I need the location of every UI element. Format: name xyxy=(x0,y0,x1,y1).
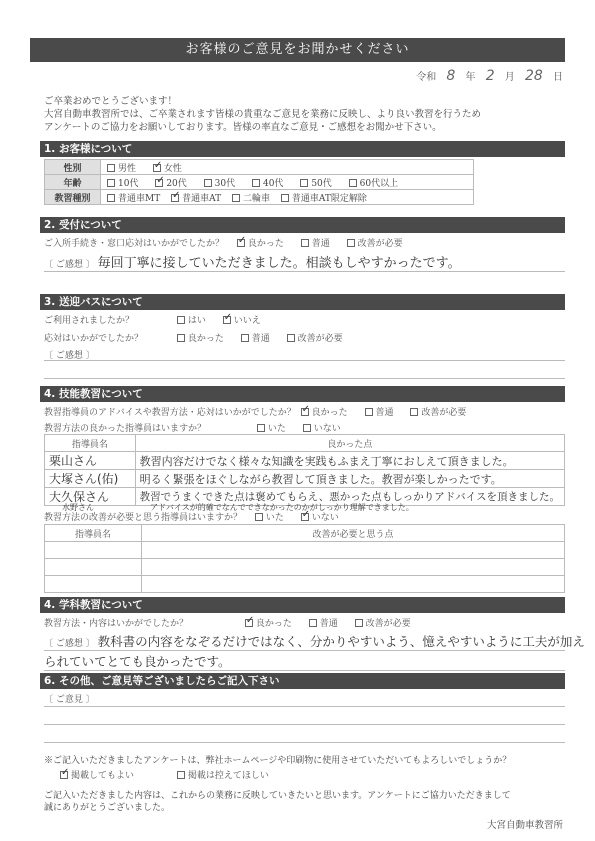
section-4-header: 4. 技能教習について xyxy=(40,386,565,402)
course-type-label: 教習種別 xyxy=(45,190,101,205)
option-label: はい xyxy=(188,316,206,326)
instructor-name[interactable] xyxy=(45,542,142,559)
option-needs-improvement[interactable]: 改善が必要 xyxy=(410,405,466,418)
question-text: 応対はいかがでしたか？ xyxy=(44,331,174,344)
option-label: いいえ xyxy=(234,316,261,326)
option-needs-improvement[interactable]: 改善が必要 xyxy=(287,331,343,344)
reception-question: ご入所手続き・窓口応対はいかがでしたか？ 良かった 普通 改善が必要 xyxy=(44,236,417,249)
age-options: 10代 20代 30代 40代 50代 60代以上 xyxy=(101,175,474,190)
option-label: 20代 xyxy=(166,179,186,189)
checkbox-checked-icon[interactable] xyxy=(153,164,161,172)
comment-line[interactable] xyxy=(44,742,565,743)
option-label: 普通車MT xyxy=(118,194,160,204)
course-type-row: 教習種別 普通車MT 普通車AT 二輪車 普通車AT限定解除 xyxy=(45,190,474,205)
checkbox-checked-icon[interactable] xyxy=(155,179,163,187)
checkbox-icon[interactable] xyxy=(255,513,263,521)
checkbox-icon[interactable] xyxy=(349,179,357,187)
checkbox-icon[interactable] xyxy=(301,239,309,247)
option-label: 普通車AT xyxy=(182,194,221,204)
checkbox-icon[interactable] xyxy=(107,164,115,172)
option-mt[interactable]: 普通車MT xyxy=(107,191,160,204)
option-40s[interactable]: 40代 xyxy=(252,176,283,189)
checkbox-icon[interactable] xyxy=(365,408,373,416)
checkbox-checked-icon[interactable] xyxy=(301,513,309,521)
bus-usage-question: ご利用されましたか？ はい いいえ xyxy=(44,313,275,326)
month-unit: 月 xyxy=(505,72,515,83)
date-year[interactable]: 8 xyxy=(446,68,455,84)
table-row xyxy=(45,559,565,576)
column-header-good-points: 良かった点 xyxy=(135,435,564,452)
option-average[interactable]: 普通 xyxy=(301,236,330,249)
date-era: 令和 xyxy=(416,72,436,83)
thanks-line-1: ご記入いただきました内容は、これからの業務に反映していきたいと思います。アンケー… xyxy=(44,790,511,802)
improvement-point[interactable] xyxy=(142,542,565,559)
gender-label: 性別 xyxy=(45,160,101,175)
comment-line xyxy=(44,670,565,671)
checkbox-icon[interactable] xyxy=(281,194,289,202)
age-row: 年齢 10代 20代 30代 40代 50代 60代以上 xyxy=(45,175,474,190)
option-label: 普通車AT限定解除 xyxy=(292,194,367,204)
checkbox-icon[interactable] xyxy=(300,179,308,187)
intro-text: ご卒業おめでとうございます！ 大宮自動車教習所では、ご卒業されます皆様の貴重なご… xyxy=(44,95,481,134)
option-at-limit-removal[interactable]: 普通車AT限定解除 xyxy=(281,191,367,204)
age-label: 年齢 xyxy=(45,175,101,190)
option-no[interactable]: いない xyxy=(301,510,339,523)
option-label: いた xyxy=(266,513,284,523)
thanks-text: ご記入いただきました内容は、これからの業務に反映していきたいと思います。アンケー… xyxy=(44,790,511,814)
option-yes[interactable]: はい xyxy=(177,313,206,326)
option-average[interactable]: 普通 xyxy=(309,616,338,629)
good-point[interactable]: 教習内容だけでなく様々な知識を実践もふまえ丁寧におしえて頂きました。 xyxy=(135,452,564,470)
option-motorcycle[interactable]: 二輪車 xyxy=(232,191,270,204)
checkbox-icon[interactable] xyxy=(252,179,260,187)
instructor-rating-question: 教習指導員のアドバイスや教習方法・応対はいかがでしたか？ 良かった 普通 改善が… xyxy=(44,405,480,418)
option-label: 二輪車 xyxy=(243,194,270,204)
checkbox-icon[interactable] xyxy=(204,179,212,187)
checkbox-icon[interactable] xyxy=(232,194,240,202)
option-label: 改善が必要 xyxy=(298,334,343,344)
section-3-header: 3. 送迎バスについて xyxy=(40,294,565,310)
option-20s[interactable]: 20代 xyxy=(155,176,186,189)
column-header-name: 指導員名 xyxy=(45,435,136,452)
checkbox-checked-icon[interactable] xyxy=(237,239,245,247)
column-header-name: 指導員名 xyxy=(45,525,142,542)
comment-text-line-2[interactable]: られていてとても良かったです。 xyxy=(44,652,231,670)
option-publish-ok[interactable]: 掲載してもよい xyxy=(60,768,134,781)
date-day[interactable]: 28 xyxy=(525,68,543,84)
table-row xyxy=(45,542,565,559)
instructor-name[interactable] xyxy=(45,559,142,576)
option-50s[interactable]: 50代 xyxy=(300,176,331,189)
option-average[interactable]: 普通 xyxy=(241,331,270,344)
publish-options: 掲載してもよい 掲載は控えてほしい xyxy=(60,768,283,781)
option-label: 普通 xyxy=(252,334,270,344)
comment-text[interactable]: 毎回丁寧に接していただきました。相談もしやすかったです。 xyxy=(98,256,461,271)
classroom-question: 教習方法・内容はいかがでしたか？ 良かった 普通 改善が必要 xyxy=(44,616,425,629)
option-good[interactable]: 良かった xyxy=(177,331,224,344)
option-label: いない xyxy=(312,513,339,523)
comment-text-line-1[interactable]: 教科書の内容をなぞるだけではなく、分かりやすいよう、憶えやすいように工夫が加え xyxy=(98,634,585,649)
customer-info-table: 性別 男性 女性 年齢 10代 20代 30代 40代 50代 60代以上 教習… xyxy=(44,159,474,205)
question-text: 教習方法の良かった指導員はいますか？ xyxy=(44,421,254,434)
gender-options: 男性 女性 xyxy=(101,160,474,175)
option-label: 30代 xyxy=(215,179,235,189)
option-male[interactable]: 男性 xyxy=(107,161,136,174)
question-text: 教習方法・内容はいかがでしたか？ xyxy=(44,616,242,629)
checkbox-icon[interactable] xyxy=(107,179,115,187)
good-instructors-table: 指導員名 良かった点 栗山さん 教習内容だけでなく様々な知識を実践もふまえ丁寧に… xyxy=(44,434,565,506)
bus-service-question: 応対はいかがでしたか？ 良かった 普通 改善が必要 xyxy=(44,331,357,344)
table-row xyxy=(45,576,565,593)
option-label: いない xyxy=(314,424,341,434)
table-row: 大塚さん(佑) 明るく緊張をほぐしながら教習して頂きました。教習が楽しかったです… xyxy=(45,470,565,488)
thanks-line-2: 誠にありがとうございました。 xyxy=(44,802,511,814)
table-row: 栗山さん 教習内容だけでなく様々な知識を実践もふまえ丁寧におしえて頂きました。 xyxy=(45,452,565,470)
classroom-comment[interactable]: 〔 ご感想 〕 教科書の内容をなぞるだけではなく、分かりやすいよう、憶えやすいよ… xyxy=(44,632,585,650)
day-unit: 日 xyxy=(553,72,563,83)
option-60s-plus[interactable]: 60代以上 xyxy=(349,176,398,189)
option-good[interactable]: 良かった xyxy=(301,405,348,418)
option-label: 40代 xyxy=(263,179,283,189)
instructor-name[interactable]: 大塚さん(佑) xyxy=(45,470,136,488)
option-female[interactable]: 女性 xyxy=(153,161,182,174)
date-month[interactable]: 2 xyxy=(486,68,495,84)
good-instructor-question: 教習方法の良かった指導員はいますか？ いた いない xyxy=(44,421,355,434)
option-10s[interactable]: 10代 xyxy=(107,176,138,189)
improvement-point[interactable] xyxy=(142,559,565,576)
option-label: 普通 xyxy=(312,239,330,249)
option-needs-improvement[interactable]: 改善が必要 xyxy=(355,616,411,629)
section-2-header: 2. 受付について xyxy=(40,217,565,233)
school-signature: 大宮自動車教習所 xyxy=(487,817,563,831)
option-publish-no[interactable]: 掲載は控えてほしい xyxy=(177,768,269,781)
improvement-point[interactable] xyxy=(142,576,565,593)
checkbox-icon[interactable] xyxy=(177,771,185,779)
divider xyxy=(44,271,565,272)
year-unit: 年 xyxy=(466,72,476,83)
option-label: 60代以上 xyxy=(360,179,398,189)
checkbox-checked-icon[interactable] xyxy=(171,194,179,202)
table-header: 指導員名 良かった点 xyxy=(45,435,565,452)
checkbox-checked-icon[interactable] xyxy=(301,408,309,416)
option-label: 掲載してもよい xyxy=(71,771,134,781)
date-field: 令和 8 年 2 月 28 日 xyxy=(416,68,563,84)
comment-line[interactable] xyxy=(44,706,565,707)
option-needs-improvement[interactable]: 改善が必要 xyxy=(347,236,403,249)
option-label: いた xyxy=(268,424,286,434)
option-yes[interactable]: いた xyxy=(257,421,286,434)
comment-label: 〔 ご感想 〕 xyxy=(44,639,95,649)
option-label: 良かった xyxy=(248,239,284,249)
comment-line[interactable] xyxy=(44,724,565,725)
reception-comment[interactable]: 〔 ご感想 〕 毎回丁寧に接していただきました。相談もしやすかったです。 xyxy=(44,252,461,271)
option-label: 良かった xyxy=(312,408,348,418)
comment-line[interactable] xyxy=(44,360,565,361)
column-header-improvement-points: 改善が必要と思う点 xyxy=(142,525,565,542)
section-6-header: 6. その他、ご意見等ございましたらご記入下さい xyxy=(40,673,565,689)
checkbox-icon[interactable] xyxy=(257,424,265,432)
question-text: ご入所手続き・窓口応対はいかがでしたか？ xyxy=(44,239,224,249)
checkbox-icon[interactable] xyxy=(241,334,249,342)
option-label: 50代 xyxy=(311,179,331,189)
checkbox-checked-icon[interactable] xyxy=(60,771,68,779)
option-yes[interactable]: いた xyxy=(255,510,284,523)
section-5-header: 4. 学科教習について xyxy=(40,597,565,613)
comment-label: 〔 ご感想 〕 xyxy=(44,260,95,270)
improvement-instructors-table: 指導員名 改善が必要と思う点 xyxy=(44,524,565,593)
option-label: 普通 xyxy=(376,408,394,418)
option-label: 良かった xyxy=(256,619,292,629)
checkbox-icon[interactable] xyxy=(410,408,418,416)
checkbox-checked-icon[interactable] xyxy=(223,316,231,324)
checkbox-icon[interactable] xyxy=(287,334,295,342)
option-30s[interactable]: 30代 xyxy=(204,176,235,189)
checkbox-icon[interactable] xyxy=(177,334,185,342)
option-label: 掲載は控えてほしい xyxy=(188,771,269,781)
gender-row: 性別 男性 女性 xyxy=(45,160,474,175)
question-text: 教習方法の改善が必要と思う指導員はいますか？ xyxy=(44,513,242,523)
option-no[interactable]: いいえ xyxy=(223,313,261,326)
other-comment-label: 〔 ご意見 〕 xyxy=(44,692,95,705)
option-label: 普通 xyxy=(320,619,338,629)
option-label: 改善が必要 xyxy=(358,239,403,249)
checkbox-icon[interactable] xyxy=(347,239,355,247)
good-point[interactable]: 明るく緊張をほぐしながら教習して頂きました。教習が楽しかったです。 xyxy=(135,470,564,488)
intro-line-3: アンケートのご協力をお願いしております。皆様の率直なご意見・ご感想をお聞かせ下さ… xyxy=(44,121,481,134)
checkbox-icon[interactable] xyxy=(107,194,115,202)
question-text: ご利用されましたか？ xyxy=(44,313,174,326)
option-label: 改善が必要 xyxy=(366,619,411,629)
intro-line-2: 大宮自動車教習所では、ご卒業されます皆様の貴重なご意見を業務に反映し、より良い教… xyxy=(44,108,481,121)
option-label: 男性 xyxy=(118,164,136,174)
option-good[interactable]: 良かった xyxy=(245,616,292,629)
instructor-name[interactable] xyxy=(45,576,142,593)
checkbox-icon[interactable] xyxy=(355,619,363,627)
checkbox-icon[interactable] xyxy=(177,316,185,324)
table-header: 指導員名 改善が必要と思う点 xyxy=(45,525,565,542)
section-1-header: 1. お客様について xyxy=(40,141,565,157)
question-text: 教習指導員のアドバイスや教習方法・応対はいかがでしたか？ xyxy=(44,408,296,418)
form-title: お客様のご意見をお聞かせください xyxy=(30,38,565,62)
checkbox-icon[interactable] xyxy=(303,424,311,432)
instructor-name[interactable]: 栗山さん xyxy=(45,452,136,470)
course-type-options: 普通車MT 普通車AT 二輪車 普通車AT限定解除 xyxy=(101,190,474,205)
option-label: 10代 xyxy=(118,179,138,189)
checkbox-icon[interactable] xyxy=(309,619,317,627)
comment-line[interactable] xyxy=(44,378,565,379)
checkbox-checked-icon[interactable] xyxy=(245,619,253,627)
comment-line xyxy=(44,650,565,651)
option-average[interactable]: 普通 xyxy=(365,405,394,418)
publish-question: ※ご記入いただきましたアンケートは、弊社ホームページや印刷物に使用させていただい… xyxy=(44,755,511,767)
bad-instructor-question: 教習方法の改善が必要と思う指導員はいますか？ いた いない xyxy=(44,510,353,523)
option-at[interactable]: 普通車AT xyxy=(171,191,221,204)
option-no[interactable]: いない xyxy=(303,421,341,434)
option-label: 女性 xyxy=(164,164,182,174)
option-good[interactable]: 良かった xyxy=(237,236,284,249)
option-label: 良かった xyxy=(188,334,224,344)
option-label: 改善が必要 xyxy=(421,408,466,418)
intro-line-1: ご卒業おめでとうございます！ xyxy=(44,95,481,108)
